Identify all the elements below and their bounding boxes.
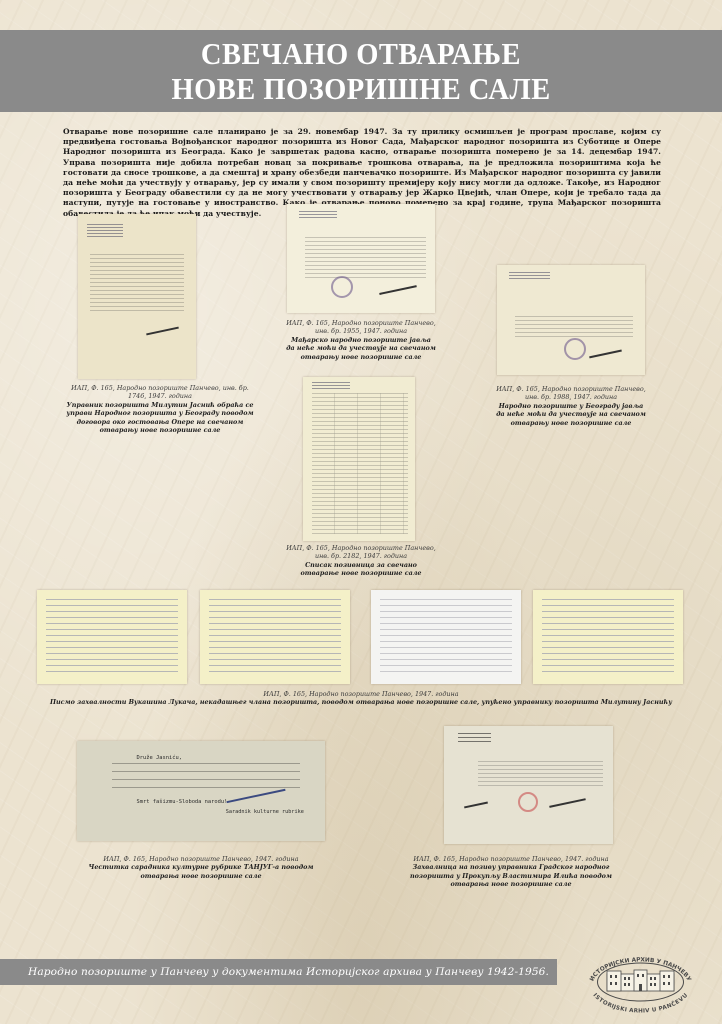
archive-building-icon: ИСТОРИЈСКИ АРХИВ У ПАНЧЕВУ ISTORIJSKI AR…	[583, 946, 698, 1014]
typed-greeting: Druže Jasniću,	[137, 755, 182, 761]
handwritten-page-3	[371, 590, 521, 684]
typed-signature-title: Saradnik kulturne rubrike	[226, 809, 304, 815]
document-image-1	[78, 214, 196, 379]
document-caption-5: ИАП, Ф. 165, Народно позориште Панчево, …	[40, 690, 682, 707]
archive-logo: ИСТОРИЈСКИ АРХИВ У ПАНЧЕВУ ISTORIJSKI AR…	[583, 946, 698, 1014]
caption-source: ИАП, Ф. 165, Народно позориште Панчево, …	[40, 690, 682, 698]
handwritten-page-1	[37, 590, 187, 684]
logo-bottom-text: ISTORIJSKI ARHIV U PANČEVU	[592, 992, 690, 1014]
caption-source: ИАП, Ф. 165, Народно позориште Панчево, …	[64, 384, 256, 401]
document-caption-6: ИАП, Ф. 165, Народно позориште Панчево, …	[76, 855, 326, 880]
caption-description: Списак позивница за свечано отварање нов…	[286, 561, 436, 578]
title-banner: СВЕЧАНО ОТВАРАЊЕ НОВЕ ПОЗОРИШНЕ САЛЕ	[0, 30, 722, 112]
document-caption-4: ИАП, Ф. 165, Народно позориште Панчево, …	[286, 544, 436, 578]
typed-closing: Smrt fašizmu-Sloboda narodu!	[137, 799, 228, 805]
caption-description: Управник позоришта Милутин Јаснић обраћа…	[64, 401, 256, 435]
caption-description: Мађарско народно позориште јавља да неће…	[286, 336, 436, 361]
caption-source: ИАП, Ф. 165, Народно позориште Панчево, …	[286, 544, 436, 561]
footer-text: Народно позориште у Панчеву у документим…	[28, 966, 549, 978]
page-title-line-2: НОВЕ ПОЗОРИШНЕ САЛЕ	[171, 71, 550, 106]
document-caption-3: ИАП, Ф. 165, Народно позориште Панчево, …	[496, 385, 646, 427]
document-caption-2: ИАП, Ф. 165, Народно позориште Панчево, …	[286, 319, 436, 361]
svg-text:ISTORIJSKI ARHIV U PANČEVU: ISTORIJSKI ARHIV U PANČEVU	[592, 992, 690, 1014]
page-title-line-1: СВЕЧАНО ОТВАРАЊЕ	[201, 36, 521, 71]
caption-description: Честитка сарадника културне рубрике ТАНЈ…	[76, 863, 326, 880]
caption-source: ИАП, Ф. 165, Народно позориште Панчево, …	[496, 385, 646, 402]
caption-source: ИАП, Ф. 165, Народно позориште Панчево, …	[286, 319, 436, 336]
document-image-7	[444, 726, 613, 844]
document-caption-7: ИАП, Ф. 165, Народно позориште Панчево, …	[396, 855, 626, 889]
document-caption-1: ИАП, Ф. 165, Народно позориште Панчево, …	[64, 384, 256, 434]
handwritten-page-2	[200, 590, 350, 684]
document-image-4	[303, 377, 415, 541]
caption-description: Захвалница на позиву управника Градског …	[396, 863, 626, 888]
caption-description: Писмо захвалности Вукашина Лукача, некад…	[40, 698, 682, 706]
document-image-6: Druže Jasniću, Smrt fašizmu-Sloboda naro…	[77, 741, 325, 841]
document-image-2	[287, 204, 435, 313]
document-image-3	[497, 265, 645, 375]
footer-banner: Народно позориште у Панчеву у документим…	[0, 959, 557, 985]
handwritten-page-4	[533, 590, 683, 684]
caption-description: Народно позориште у Београду јавља да не…	[496, 402, 646, 427]
caption-source: ИАП, Ф. 165, Народно позориште Панчево, …	[396, 855, 626, 863]
caption-source: ИАП, Ф. 165, Народно позориште Панчево, …	[76, 855, 326, 863]
